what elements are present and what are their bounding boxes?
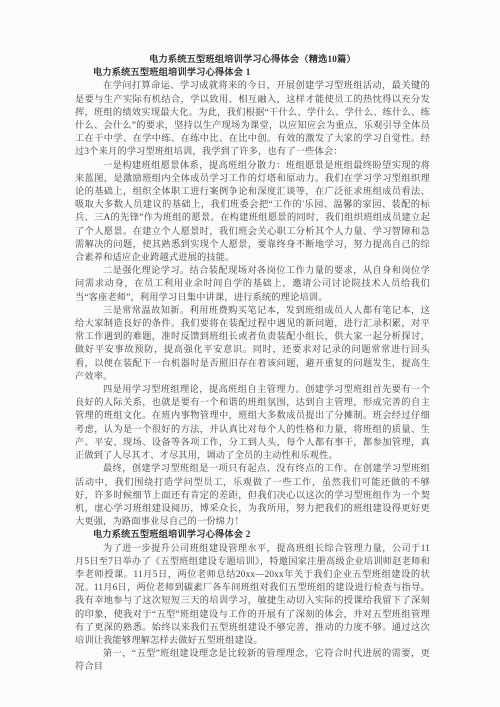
section-heading: 电力系统五型班组培训学习心得体会 2 bbox=[75, 528, 430, 541]
paragraph: 最终，创建学习型班组是一项只有起点、没有终点的工作。在创建学习型班组活动中，我们… bbox=[75, 462, 430, 528]
section-heading: 电力系统五型班组培训学习心得体会 1 bbox=[75, 66, 430, 79]
document-title: 电力系统五型班组培训学习心得体会（精选10篇） bbox=[75, 53, 430, 66]
paragraph: 二是强化理论学习。结合装配现场对各岗位工作力量的要求，从自身和岗位学问需求动身，… bbox=[75, 264, 430, 304]
document-body: 电力系统五型班组培训学习心得体会 1在学问打算命运、学习成就将来的今日，开展创建… bbox=[75, 66, 430, 673]
paragraph: 三是常常温故知新。利用班费购买笔记本，发到班组成员人人都有笔记本，这给大家制造良… bbox=[75, 304, 430, 383]
paragraph: 为了进一步提升公司班组建设管理水平，提高班组长综合管理力量，公司于11月5日至7… bbox=[75, 542, 430, 648]
document-page: 电力系统五型班组培训学习心得体会（精选10篇） 电力系统五型班组培训学习心得体会… bbox=[0, 0, 500, 707]
paragraph: 一是构建班组愿景体系，提高班组分散力：班组愿景是班组最终盼望实现的将来蓝图，是激… bbox=[75, 159, 430, 265]
paragraph: 在学问打算命运、学习成就将来的今日，开展创建学习型班组活动，最关键的是要与生产实… bbox=[75, 79, 430, 158]
paragraph: 第一，“五型”班组建设理念是比较新的管理理念，它符合时代进展的需要，更符合目 bbox=[75, 647, 430, 673]
paragraph: 四是用学习型班组理论，提高班组自主管理力。创建学习型班组首先要有一个良好的人际关… bbox=[75, 383, 430, 462]
